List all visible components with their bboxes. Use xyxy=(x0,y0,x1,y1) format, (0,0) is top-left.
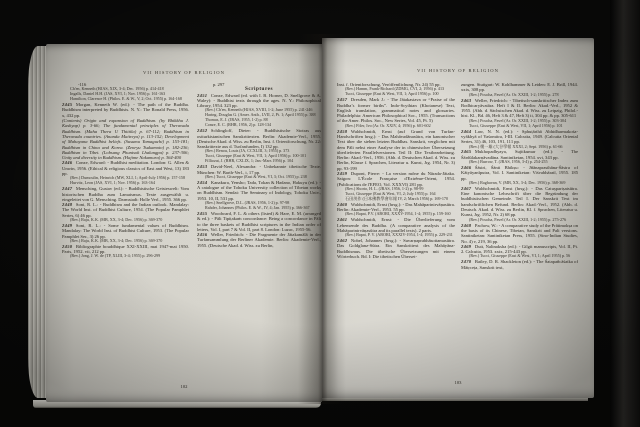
bibliography-block: 2455Woodward, F. L. & others (listed) & … xyxy=(197,211,321,232)
entry-number: 2464 xyxy=(461,129,475,134)
bibliography-text: Bailey, D. R. Shackleton (ed.): - The Śa… xyxy=(461,259,578,269)
bibliography-text: (Rev.) Poucha, Pavel (Ar. Or. XXIII, 1-2… xyxy=(469,217,566,222)
bibliography-block: 2451Conze, Edward (ed. with I. B. Horner… xyxy=(197,93,321,109)
book-fore-edge xyxy=(610,0,640,427)
entry-number: 2446 xyxy=(62,160,76,165)
entry-number: 2468 xyxy=(461,223,475,228)
entry-number: 2452 xyxy=(197,128,211,133)
book-scan: VII HISTORY OF RELIGION -116 Ch'en, Kenn… xyxy=(0,0,640,427)
entry-number: 2450 xyxy=(62,244,76,249)
bibliography-text: p. 297 xyxy=(213,82,224,87)
left-page-column-1: -116 Ch'en, Kenneth (HJAS, XIX, 3-4; Dec… xyxy=(62,82,189,380)
page-number: 103 xyxy=(322,380,594,385)
bibliography-text: Hurvitz, Leon (JAS, XVI, 1; Nov. 1956) p… xyxy=(70,180,155,185)
bibliography-block: 2458Waldschmidt, Ernst (auf Grund von Tu… xyxy=(337,129,455,171)
entry-number: 2449 xyxy=(62,223,76,228)
entry-number: 2451 xyxy=(197,93,211,98)
bibliography-text: Nobel, Johannes (hrsg.): - Suvarṇaprabhā… xyxy=(337,238,455,259)
bibliography-text: Tucci, Giuseppe (East & West, VII, 1; Ap… xyxy=(469,123,563,128)
bibliography-text: Weller, Friedrich: - Die Fragmente der J… xyxy=(197,232,321,248)
entry-number: 2470 xyxy=(461,259,475,264)
entry-number: 2453 xyxy=(197,164,211,169)
bibliography-text: Waldschmidt, Ernst (auf Grund von Turfan… xyxy=(337,129,455,171)
bibliography-text: (Rev.) Fišer, Ivo (Ar. Or. XXIV, 4; 1956… xyxy=(345,123,431,128)
bibliography-text: Dupont, Pierre: - La version mône du Nār… xyxy=(337,171,455,187)
bibliography-text: Soni, R. L.: - Buddhism and the Indian o… xyxy=(62,202,189,218)
bibliography-text: Dresden, Mark J.: - The Jātakastava or “… xyxy=(337,97,455,123)
bibliography-block: 2456Weller, Friedrich: - Die Fragmente d… xyxy=(197,232,321,248)
bibliography-block: 2447Mensching, Gustav (ed.): - Buddhisti… xyxy=(62,186,189,202)
bibliography-block: 2457Dresden, Mark J.: - The Jātakastava … xyxy=(337,97,455,123)
entry-number: 2459 xyxy=(337,171,351,176)
bibliography-text: Weller, Friedrich: - Tibetisch-sanskriti… xyxy=(461,98,578,119)
bibliography-text: Waldschmidt, Ernst (hrsg.): - Das Catuṣp… xyxy=(461,186,578,217)
bibliography-text: Mensching, Gustav (ed.): - Buddhistische… xyxy=(62,186,189,202)
bibliography-text: Waldschmidt, Ernst: - Die Überlieferung … xyxy=(337,217,455,233)
bibliography-text: (Rev.) Tucci, Giuseppe (East & West, VI,… xyxy=(469,253,570,258)
entry-number: 2469 xyxy=(461,244,475,249)
entry-number: 2465 xyxy=(461,149,475,154)
bibliography-text: Tucci, Giuseppe (East & West, VII, 1; Ap… xyxy=(345,91,439,96)
bibliography-block: (Rev.) Jong, J. W. de (TP, XLIII, 3-4; 1… xyxy=(62,254,189,259)
entry-number: 2463 xyxy=(461,98,475,103)
bibliography-text: (Rev.) 榎一雄 (大谷學報 XXXI, 2; Sept. 1956) p.… xyxy=(469,144,562,149)
right-page-column-1: Inst. f. Orientforschung, Veröffentlichu… xyxy=(337,82,455,384)
bibliography-text: Śāstri, Śānti Bhikṣu: - Jñānaprasthāna-Ś… xyxy=(461,165,578,181)
bibliography-block: 2452Schlingloff, Dieter: - Buddhistische… xyxy=(197,128,321,149)
bibliography-text: Conze, Edward (ed. with I. B. Horner, D.… xyxy=(197,93,321,109)
bibliography-block: (Contents) Origin and expansion of Buddh… xyxy=(62,118,189,160)
bibliography-text: Rahder, Johannes (Philos. E. & W., IV, 4… xyxy=(205,205,310,210)
bibliography-text: Woodward, F. L. & others (listed) & Hare… xyxy=(197,211,321,232)
entry-number: 2445 xyxy=(62,102,76,107)
entry-number: 2455 xyxy=(197,211,211,216)
bibliography-text: Conze, E. C. (RHR, 1956, 2) p. 128-134 xyxy=(205,122,271,127)
bibliography-block: 2462Nobel, Johannes (hrsg.): - Suvarṇapr… xyxy=(337,238,455,259)
bibliography-text: (Rev.) Bapat, P. V. (ABORI, XXXIV-1954, … xyxy=(345,232,453,237)
bibliography-block: 2449Soni, R. L.: - Some fundamental valu… xyxy=(62,223,189,239)
bibliography-block: 2448Soni, R. L.: - Buddhism and the Indi… xyxy=(62,202,189,218)
bibliography-text: Law, N. N. (ed.): - Sphuṭārthā Abhidharm… xyxy=(461,129,578,145)
left-page-column-2: p. 297 Scriptures 2451Conze, Edward (ed.… xyxy=(197,82,321,380)
right-page-column-2: zungen. Stuttgart: W. Kohlhammer & Leide… xyxy=(461,82,578,384)
bibliography-block: 2468Pachow, W.: - A comparative study of… xyxy=(461,223,578,244)
entry-number: 2467 xyxy=(461,186,475,191)
bibliography-text: (Rev.) Tucci, Giuseppe (East & West, VI,… xyxy=(205,174,307,179)
entry-number: 2454 xyxy=(197,180,211,185)
bibliography-text: Hamilton, Clarence H. (Philos. E. & W., … xyxy=(70,96,182,101)
bibliography-block: 2445Morgan, Kenneth W. (ed.): - The path… xyxy=(62,102,189,118)
bibliography-block: 2463Weller, Friedrich: - Tibetisch-sansk… xyxy=(461,98,578,119)
entry-number: 2460 xyxy=(337,202,351,207)
bibliography-block: 2466Śāstri, Śānti Bhikṣu: - Jñānaprasthā… xyxy=(461,165,578,181)
bibliography-block: 2446Conze, Edward: - Buddhist meditation… xyxy=(62,160,189,176)
entry-number: 2456 xyxy=(197,232,211,237)
entry-number: 2457 xyxy=(337,97,351,102)
entry-number: 2447 xyxy=(62,186,76,191)
bibliography-block: 2454Kanakura, Yensho; Tada, Tokan & Hada… xyxy=(197,180,321,201)
entry-number: 2448 xyxy=(62,202,76,207)
bibliography-text: Kanakura, Yensho; Tada, Tokan & Hadano, … xyxy=(197,180,321,201)
bibliography-text: Morgan, Kenneth W. (ed.): - The path of … xyxy=(62,102,189,118)
page-number: 102 xyxy=(46,384,322,389)
running-title: VII HISTORY OF RELIGION xyxy=(322,68,594,73)
bibliography-text: (Contents) Origin and expansion of Buddh… xyxy=(62,118,189,160)
bibliography-text: (Rev.) Raghavan, V. (MB, XX, 3-4; Dec. 1… xyxy=(469,180,565,185)
entry-number: 2461 xyxy=(337,217,351,222)
bibliography-text: (Rev.) Poucha, Pavel (Ar. Or. XXIII, 1-2… xyxy=(469,92,559,97)
bibliography-text: Pachow, W.: - A comparative study of the… xyxy=(461,223,578,244)
bibliography-text: (Rev.) Raju, K.K. (MB, XX, 3-4; Dec. 195… xyxy=(70,238,162,243)
bibliography-text: Filliozat, J. (RHR, CXLIX, 1; Jan.-Mars … xyxy=(205,158,293,163)
running-title: VII HISTORY OF RELIGION xyxy=(46,70,322,75)
entry-number: 2458 xyxy=(337,129,351,134)
bibliography-block: 2467Waldschmidt, Ernst (hrsg.): - Das Ca… xyxy=(461,186,578,218)
bibliography-text: Conze, Edward: - Buddhist meditation. Lo… xyxy=(62,160,189,176)
bibliography-text: (Rev.) Burrow, T. (JRAS, 1956, 3-4) p. 2… xyxy=(469,159,548,164)
bibliography-block: 2459Dupont, Pierre: - La version mône du… xyxy=(337,171,455,187)
left-page: VII HISTORY OF RELIGION -116 Ch'en, Kenn… xyxy=(46,44,322,402)
entry-number: 2466 xyxy=(461,165,475,170)
bibliography-text: (Rev.) Bapat, P.V. (ABORI, XXXV-1954, 1-… xyxy=(345,211,451,216)
bibliography-text: (Rev.) Jong, J. W. de (TP, XLIII, 3-4; 1… xyxy=(70,253,160,258)
bibliography-block: 2470Bailey, D. R. Shackleton (ed.): - Th… xyxy=(461,259,578,270)
bibliography-text: Schlingloff, Dieter: - Buddhistische Sto… xyxy=(197,128,321,149)
bibliography-text: Soni, R. L.: - Some fundamental values o… xyxy=(62,223,189,239)
bibliography-text: Scriptures xyxy=(245,86,273,92)
right-page: VII HISTORY OF RELIGION Inst. f. Orientf… xyxy=(322,38,594,398)
bibliography-block: 2461Waldschmidt, Ernst: - Die Überliefer… xyxy=(337,217,455,233)
bibliography-text: 石田茂作 (日本佛教學會年報 IV, 2; March 1956) p. 169… xyxy=(345,196,448,201)
bibliography-text: (Rev.) Raju, K.K. (MB, XX, 3-4; Dec. 195… xyxy=(70,217,162,222)
bibliography-block: 2464Law, N. N. (ed.): - Sphuṭārthā Abhid… xyxy=(461,129,578,145)
entry-number: 2462 xyxy=(337,238,351,243)
